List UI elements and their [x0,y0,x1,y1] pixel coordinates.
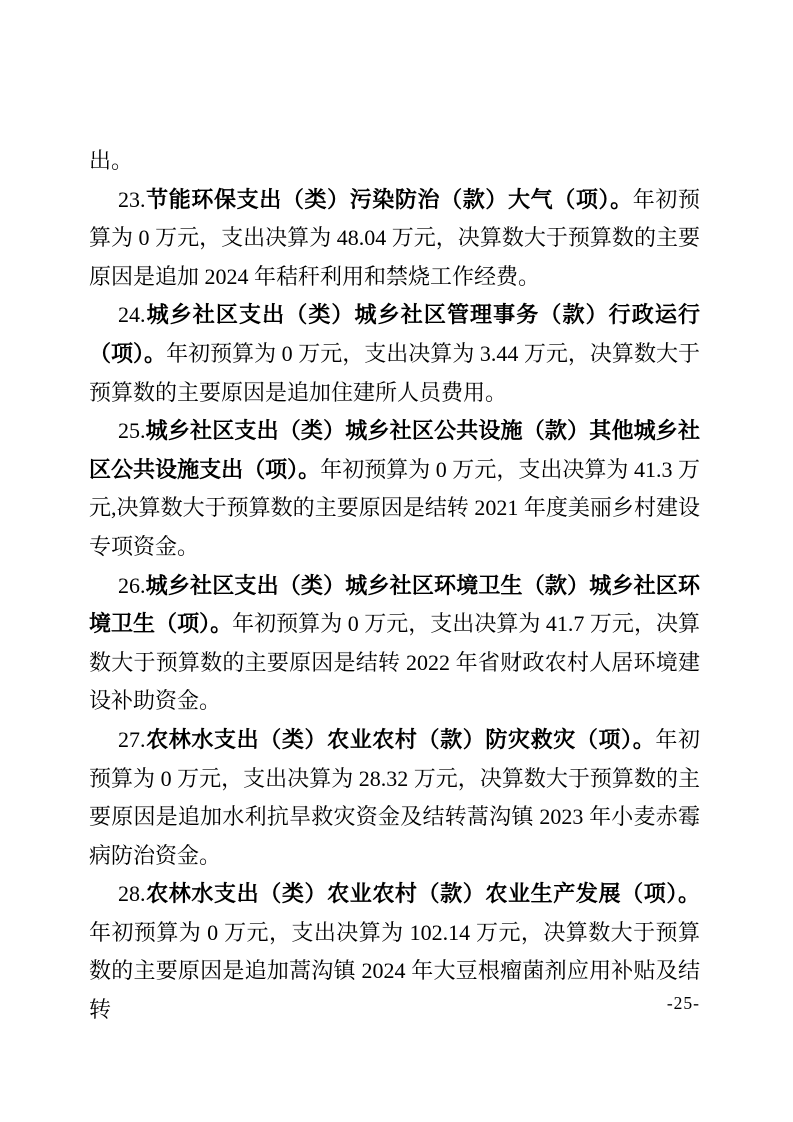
item-body: 年初预算为 0 万元，支出决算为 3.44 万元，决算数大于预算数的主要原因是追… [89,341,700,405]
budget-item-paragraph-23: 23.节能环保支出（类）污染防治（款）大气（项）。年初预算为 0 万元，支出决算… [89,181,700,297]
item-number: 28. [118,881,146,906]
budget-item-paragraph-24: 24.城乡社区支出（类）城乡社区管理事务（款）行政运行（项）。年初预算为 0 万… [89,296,700,412]
item-heading: 农林水支出（类）农业农村（款）防灾救灾（项）。 [146,727,656,752]
item-number: 24. [118,302,146,327]
item-heading: 节能环保支出（类）污染防治（款）大气（项）。 [146,187,633,212]
continuation-text: 出。 [89,148,133,173]
item-number: 25. [118,418,146,443]
document-page: 出。 23.节能环保支出（类）污染防治（款）大气（项）。年初预算为 0 万元，支… [0,0,793,1122]
item-number: 23. [118,187,146,212]
budget-item-paragraph-26: 26.城乡社区支出（类）城乡社区环境卫生（款）城乡社区环境卫生（项）。年初预算为… [89,567,700,721]
budget-item-paragraph-25: 25.城乡社区支出（类）城乡社区公共设施（款）其他城乡社区公共设施支出（项）。年… [89,412,700,566]
item-number: 27. [118,727,146,752]
item-number: 26. [118,573,146,598]
text-block: 出。 23.节能环保支出（类）污染防治（款）大气（项）。年初预算为 0 万元，支… [89,142,700,1030]
page-number: -25- [0,993,700,1014]
paragraph-continuation: 出。 [89,142,700,181]
item-heading: 农林水支出（类）农业农村（款）农业生产发展（项）。 [146,881,701,906]
budget-item-paragraph-27: 27.农林水支出（类）农业农村（款）防灾救灾（项）。年初预算为 0 万元，支出决… [89,721,700,875]
